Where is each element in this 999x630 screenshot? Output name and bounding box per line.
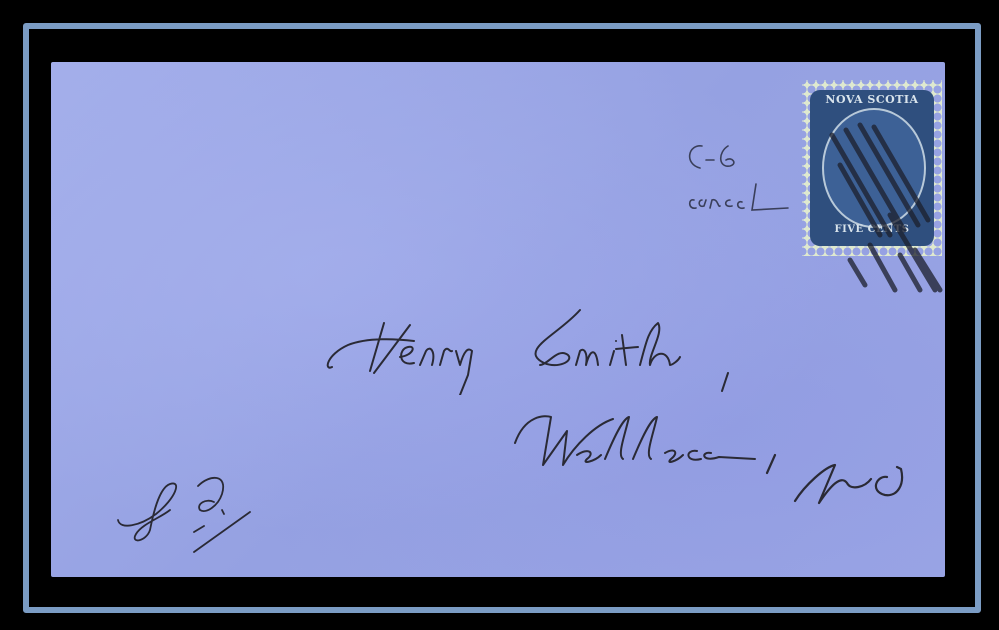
pencil-annotation-icon [680, 138, 800, 223]
grid-cancel-icon [820, 105, 950, 305]
address-name-handwriting-icon [318, 295, 758, 395]
address-town-handwriting-icon [505, 395, 925, 525]
docket-handwriting-icon [110, 470, 260, 560]
